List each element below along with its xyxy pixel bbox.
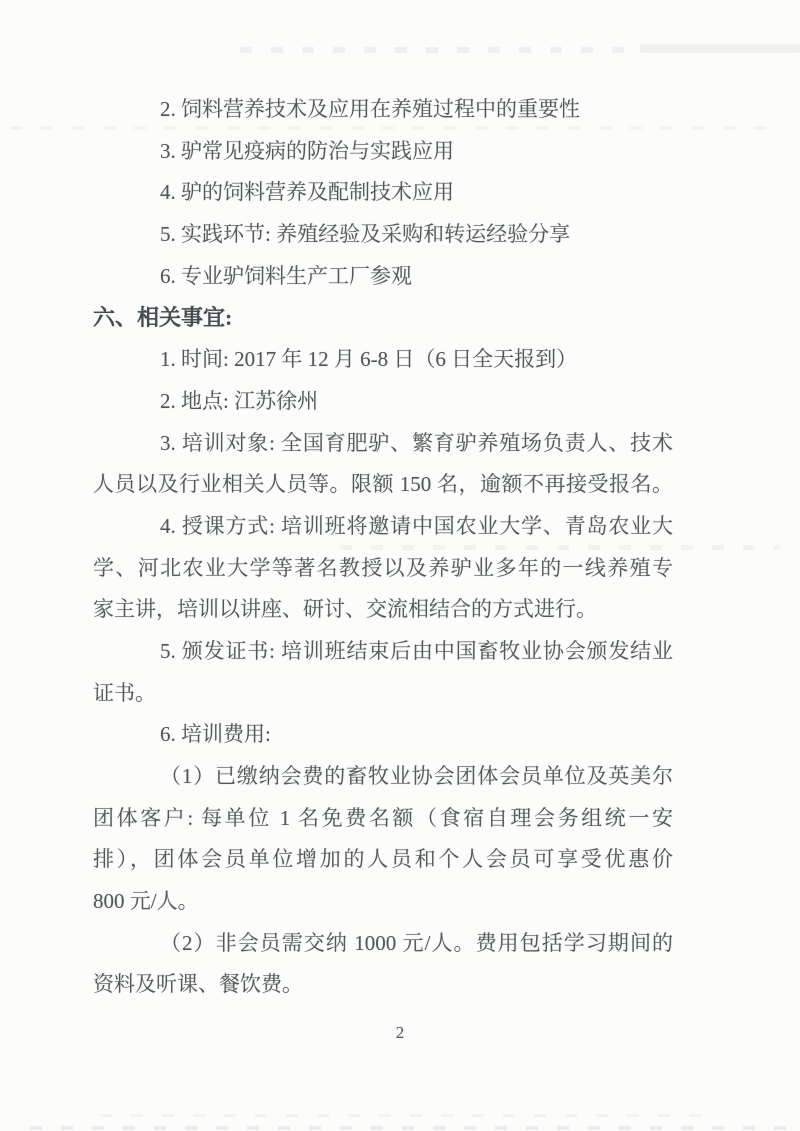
- scan-noise: [240, 47, 640, 53]
- doc-line: 家主讲，培训以讲座、研讨、交流相结合的方式进行。: [93, 589, 673, 631]
- page-number: 2: [0, 1023, 800, 1043]
- doc-line: 6. 培训费用:: [93, 714, 673, 756]
- document-body: 2. 饲料营养技术及应用在养殖过程中的重要性 3. 驴常见疫病的防治与实践应用 …: [93, 89, 673, 1006]
- doc-line: 3. 驴常见疫病的防治与实践应用: [93, 131, 673, 173]
- scan-noise: [640, 44, 800, 53]
- scan-noise: [100, 1114, 720, 1117]
- doc-line: 4. 驴的饲料营养及配制技术应用: [93, 172, 673, 214]
- doc-line: 人员以及行业相关人员等。限额 150 名，逾额不再接受报名。: [93, 464, 673, 506]
- doc-line: 2. 地点: 江苏徐州: [93, 381, 673, 423]
- scan-noise: [30, 1126, 800, 1130]
- doc-line: 800 元/人。: [93, 881, 673, 923]
- doc-line: 3. 培训对象: 全国育肥驴、繁育驴养殖场负责人、技术: [93, 423, 673, 465]
- document-page: 2. 饲料营养技术及应用在养殖过程中的重要性 3. 驴常见疫病的防治与实践应用 …: [0, 0, 800, 1131]
- doc-line: 5. 实践环节: 养殖经验及采购和转运经验分享: [93, 214, 673, 256]
- doc-line: 证书。: [93, 673, 673, 715]
- doc-line: 团体客户: 每单位 1 名免费名额（食宿自理会务组统一安: [93, 798, 673, 840]
- doc-line: 资料及听课、餐饮费。: [93, 964, 673, 1006]
- doc-line: 学、河北农业大学等著名教授以及养驴业多年的一线养殖专: [93, 548, 673, 590]
- doc-line: 2. 饲料营养技术及应用在养殖过程中的重要性: [93, 89, 673, 131]
- doc-line: （2）非会员需交纳 1000 元/人。费用包括学习期间的: [93, 923, 673, 965]
- section-heading: 六、相关事宜:: [93, 297, 673, 339]
- doc-line: 6. 专业驴饲料生产工厂参观: [93, 256, 673, 298]
- doc-line: 4. 授课方式: 培训班将邀请中国农业大学、青岛农业大: [93, 506, 673, 548]
- doc-line: 排），团体会员单位增加的人员和个人会员可享受优惠价: [93, 839, 673, 881]
- doc-line: 5. 颁发证书: 培训班结束后由中国畜牧业协会颁发结业: [93, 631, 673, 673]
- doc-line: （1）已缴纳会费的畜牧业协会团体会员单位及英美尔: [93, 756, 673, 798]
- doc-line: 1. 时间: 2017 年 12 月 6-8 日（6 日全天报到）: [93, 339, 673, 381]
